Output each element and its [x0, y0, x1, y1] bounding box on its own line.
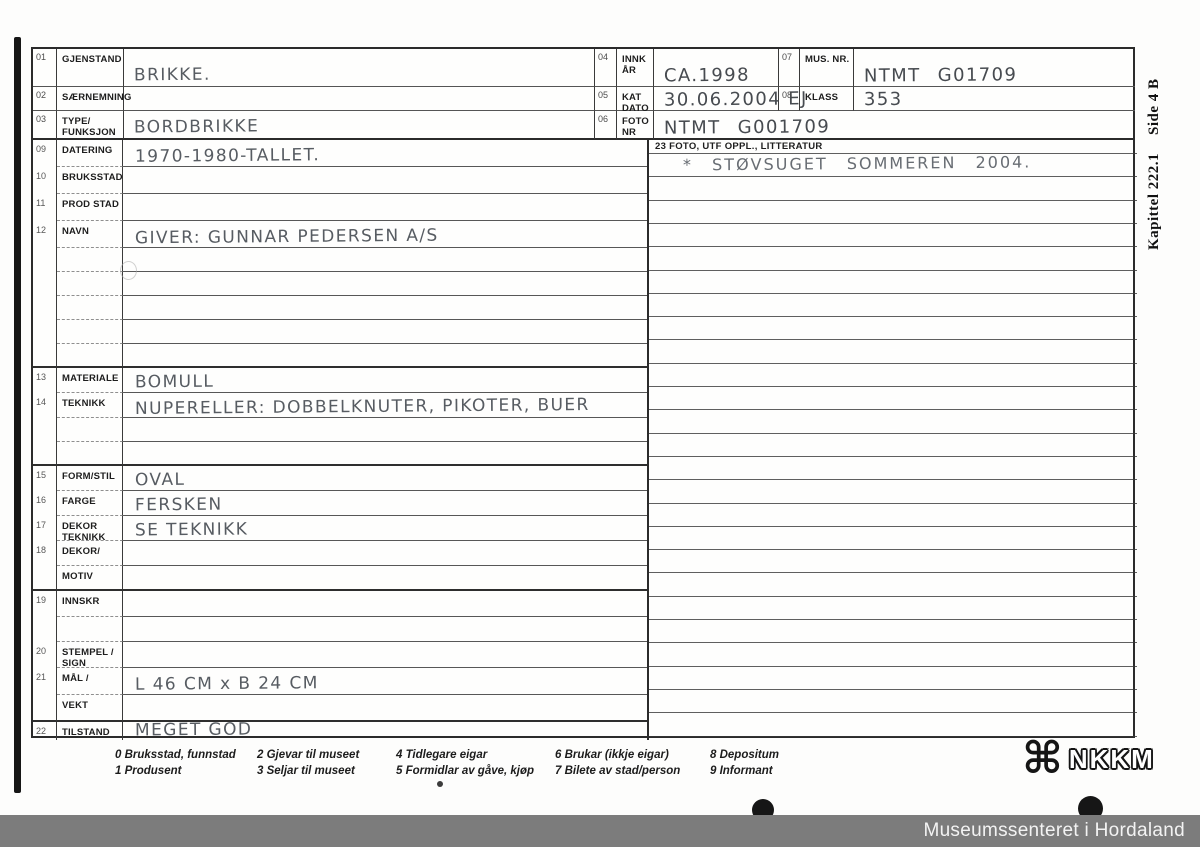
- form-row-innskr: 19INNSKR: [33, 591, 647, 617]
- legend-column: 8 Depositum9 Informant: [710, 747, 779, 779]
- handwritten-value: BRIKKE.: [134, 66, 211, 86]
- field-label: NAVN: [57, 221, 123, 248]
- legend-item: 0 Bruksstad, funnstad: [115, 747, 236, 763]
- field-number: 03: [33, 111, 57, 140]
- ruled-line: [649, 666, 1137, 667]
- form-row-blank: [33, 296, 647, 320]
- side-caption: Kapittel 222.1 Side 4 B: [1146, 40, 1163, 250]
- legend-item: 9 Informant: [710, 763, 779, 779]
- legend-item: 8 Depositum: [710, 747, 779, 763]
- scan-smudge: [120, 261, 137, 280]
- field-number: 10: [33, 167, 57, 194]
- field-label: STEMPEL / SIGN: [57, 642, 123, 668]
- field-value-innk-aar: CA.1998: [654, 49, 779, 87]
- form-row-stempel-sign: 20STEMPEL / SIGN: [33, 642, 647, 668]
- scanned-museum-registration-card: 01 GJENSTAND BRIKKE. 04 INNK ÅR CA.1998 …: [0, 0, 1200, 847]
- form-row-motiv: MOTIV: [33, 566, 647, 591]
- field-number: 16: [33, 491, 57, 516]
- legend-column: 0 Bruksstad, funnstad1 Produsent: [115, 747, 236, 779]
- form-row-vekt: VEKT: [33, 695, 647, 722]
- page-label: Side 4 B: [1146, 78, 1163, 135]
- handwritten-value: NUPERELLER: DOBBELKNUTER, PIKOTER, BUER: [135, 396, 590, 419]
- handwritten-note: * STØVSUGET SOMMEREN 2004.: [683, 152, 1031, 174]
- form-row-datering: 09DATERING1970-1980-TALLET.: [33, 140, 647, 167]
- handwritten-value: MEGET GOD: [135, 720, 253, 740]
- field-label: [57, 442, 123, 466]
- ruled-line: [649, 293, 1137, 294]
- scan-dot: [437, 781, 443, 787]
- ruled-line: [649, 339, 1137, 340]
- ruled-line: [649, 596, 1137, 597]
- field-label: [57, 418, 123, 442]
- field-number: 02: [33, 87, 57, 111]
- form-row-materiale: 13MATERIALEBOMULL: [33, 368, 647, 393]
- form-row-blank: [33, 320, 647, 344]
- field-number: 05: [595, 87, 617, 111]
- field-label-klass: KLASS: [800, 87, 854, 111]
- field-value: [123, 541, 647, 566]
- ruled-line: [649, 223, 1137, 224]
- field-number: 14: [33, 393, 57, 418]
- field-value-kat-dato: 30.06.2004 EJ: [654, 87, 779, 111]
- field-value: [123, 442, 647, 466]
- form-row-blank: [33, 442, 647, 466]
- ruled-line: [649, 479, 1137, 480]
- field-value: [123, 695, 647, 722]
- field-label: [57, 248, 123, 272]
- handwritten-value: BORDBRIKKE: [134, 117, 259, 137]
- ruled-line: [649, 689, 1137, 690]
- field-label-type-funksjon: TYPE/ FUNKSJON: [57, 111, 124, 140]
- field-number: 20: [33, 642, 57, 668]
- ruled-line: [649, 316, 1137, 317]
- field-label: MOTIV: [57, 566, 123, 591]
- ruled-line: [649, 712, 1137, 713]
- field-number: 12: [33, 221, 57, 248]
- legend-item: 7 Bilete av stad/person: [555, 763, 680, 779]
- field-value-mus-nr: NTMT G01709: [854, 49, 1135, 87]
- handwritten-value: BOMULL: [135, 373, 214, 393]
- field-value-type-funksjon: BORDBRIKKE: [124, 111, 595, 140]
- field-value: [123, 344, 647, 368]
- field-value: [123, 566, 647, 591]
- ruled-line: [649, 246, 1137, 247]
- field-label: DATERING: [57, 140, 123, 167]
- left-rows: 09DATERING1970-1980-TALLET.10BRUKSSTAD11…: [33, 140, 647, 740]
- form-row-dekor-teknikk: 17DEKOR TEKNIKKSE TEKNIKK: [33, 516, 647, 541]
- field-label: [57, 617, 123, 642]
- field-number: 21: [33, 668, 57, 695]
- form-row-blank: [33, 617, 647, 642]
- ruled-line: [649, 526, 1137, 527]
- field-number: [33, 695, 57, 722]
- field-value: [123, 591, 647, 617]
- field-value-saernemning: [124, 87, 595, 111]
- form-row-tilstand: 22TILSTANDMEGET GOD: [33, 722, 647, 740]
- ruled-line: [649, 572, 1137, 573]
- field-number: [33, 442, 57, 466]
- field-label: [57, 272, 123, 296]
- field-number: 17: [33, 516, 57, 541]
- legend-item: 3 Seljar til museet: [257, 763, 359, 779]
- handwritten-value: L 46 CM x B 24 CM: [135, 674, 319, 695]
- field-number: [33, 617, 57, 642]
- field-number: 04: [595, 49, 617, 87]
- legend-column: 4 Tidlegare eigar5 Formidlar av gåve, kj…: [396, 747, 534, 779]
- field-label: INNSKR: [57, 591, 123, 617]
- field-number: [33, 296, 57, 320]
- field-number: [33, 320, 57, 344]
- field-number: [33, 566, 57, 591]
- ruled-line: [649, 619, 1137, 620]
- field-number: 01: [33, 49, 57, 87]
- ruled-line: [649, 736, 1137, 737]
- field-value: [123, 248, 647, 272]
- handwritten-value: SE TEKNIKK: [135, 521, 248, 541]
- form-row-farge: 16FARGEFERSKEN: [33, 491, 647, 516]
- form-row-blank: [33, 344, 647, 368]
- field-label-saernemning: SÆRNEMNING: [57, 87, 124, 111]
- field-label: DEKOR/: [57, 541, 123, 566]
- field-value: NUPERELLER: DOBBELKNUTER, PIKOTER, BUER: [123, 393, 647, 418]
- field-number: 13: [33, 368, 57, 393]
- field-number: 18: [33, 541, 57, 566]
- ruled-line: [649, 270, 1137, 271]
- nkkm-knot-icon: ⌘: [1022, 739, 1063, 779]
- field-value: FERSKEN: [123, 491, 647, 516]
- handwritten-value: 353: [864, 90, 903, 109]
- notes-panel: 23 FOTO, UTF OPPL., LITTERATUR * STØVSUG…: [647, 140, 1137, 740]
- ruled-line: [649, 363, 1137, 364]
- field-value: [123, 272, 647, 296]
- notes-panel-header: 23 FOTO, UTF OPPL., LITTERATUR: [655, 141, 823, 152]
- field-label: [57, 344, 123, 368]
- handwritten-value: OVAL: [135, 471, 185, 490]
- form-row-teknikk: 14TEKNIKKNUPERELLER: DOBBELKNUTER, PIKOT…: [33, 393, 647, 418]
- form-row-blank: [33, 418, 647, 442]
- ruled-line: [649, 549, 1137, 550]
- field-label: [57, 320, 123, 344]
- field-value-klass: 353: [854, 87, 1135, 111]
- field-value-gjenstand: BRIKKE.: [124, 49, 595, 87]
- field-value-foto-nr: NTMT G001709: [654, 111, 1135, 140]
- field-number: [33, 248, 57, 272]
- legend-item: 6 Brukar (ikkje eigar): [555, 747, 680, 763]
- nkkm-logo: ⌘ NKKM: [1022, 739, 1155, 779]
- handwritten-value: 1970-1980-TALLET.: [135, 146, 320, 167]
- handwritten-value: NTMT G001709: [664, 117, 830, 137]
- field-number: 11: [33, 194, 57, 221]
- handwritten-value: NTMT G01709: [864, 65, 1017, 85]
- ruled-line: [649, 456, 1137, 457]
- field-number: 07: [779, 49, 800, 87]
- field-number: [33, 272, 57, 296]
- handwritten-value: CA.1998: [664, 66, 750, 86]
- handwritten-value: FERSKEN: [135, 496, 223, 516]
- field-label: TILSTAND: [57, 722, 123, 740]
- ruled-line: [649, 642, 1137, 643]
- ruled-line: [649, 176, 1137, 177]
- field-number: 06: [595, 111, 617, 140]
- field-number: 22: [33, 722, 57, 740]
- footer-legend: 0 Bruksstad, funnstad1 Produsent2 Gjevar…: [0, 747, 1000, 787]
- field-label: MÅL /: [57, 668, 123, 695]
- field-label-mus-nr: MUS. NR.: [800, 49, 854, 87]
- field-number: [33, 418, 57, 442]
- field-value: MEGET GOD: [123, 722, 647, 740]
- nkkm-logo-text: NKKM: [1069, 744, 1155, 775]
- scan-edge-bar: [14, 37, 21, 793]
- field-label-innk-aar: INNK ÅR: [617, 49, 654, 87]
- field-value: [123, 320, 647, 344]
- field-value: GIVER: GUNNAR PEDERSEN A/S: [123, 221, 647, 248]
- chapter-label: Kapittel 222.1: [1146, 153, 1163, 250]
- form-row-navn: 12NAVNGIVER: GUNNAR PEDERSEN A/S: [33, 221, 647, 248]
- field-value: [123, 167, 647, 194]
- field-number: 19: [33, 591, 57, 617]
- ruled-line: [649, 200, 1137, 201]
- legend-column: 6 Brukar (ikkje eigar)7 Bilete av stad/p…: [555, 747, 680, 779]
- field-value: [123, 296, 647, 320]
- field-value: OVAL: [123, 466, 647, 491]
- field-label: TEKNIKK: [57, 393, 123, 418]
- field-value: [123, 418, 647, 442]
- credit-bar: Museumssenteret i Hordaland: [0, 815, 1200, 847]
- handwritten-value: GIVER: GUNNAR PEDERSEN A/S: [135, 227, 439, 249]
- field-value: [123, 194, 647, 221]
- field-number: 08: [779, 87, 800, 111]
- field-label-gjenstand: GJENSTAND: [57, 49, 124, 87]
- legend-item: 4 Tidlegare eigar: [396, 747, 534, 763]
- legend-column: 2 Gjevar til museet3 Seljar til museet: [257, 747, 359, 779]
- credit-text: Museumssenteret i Hordaland: [923, 815, 1200, 847]
- field-label: FORM/STIL: [57, 466, 123, 491]
- field-number: [33, 344, 57, 368]
- field-value: 1970-1980-TALLET.: [123, 140, 647, 167]
- field-label-kat-dato: KAT DATO: [617, 87, 654, 111]
- legend-item: 5 Formidlar av gåve, kjøp: [396, 763, 534, 779]
- registration-form: 01 GJENSTAND BRIKKE. 04 INNK ÅR CA.1998 …: [31, 47, 1135, 738]
- form-row-prod-stad: 11PROD STAD: [33, 194, 647, 221]
- ruled-line: [649, 433, 1137, 434]
- form-row-dekor: 18DEKOR/: [33, 541, 647, 566]
- field-value: BOMULL: [123, 368, 647, 393]
- field-label: [57, 296, 123, 320]
- field-label: VEKT: [57, 695, 123, 722]
- form-row-form-stil: 15FORM/STILOVAL: [33, 466, 647, 491]
- form-row-bruksstad: 10BRUKSSTAD: [33, 167, 647, 194]
- field-value: [123, 617, 647, 642]
- field-label: MATERIALE: [57, 368, 123, 393]
- field-label: FARGE: [57, 491, 123, 516]
- field-value: [123, 642, 647, 668]
- field-value: SE TEKNIKK: [123, 516, 647, 541]
- field-label: DEKOR TEKNIKK: [57, 516, 123, 541]
- field-label: PROD STAD: [57, 194, 123, 221]
- legend-item: 2 Gjevar til museet: [257, 747, 359, 763]
- ruled-line: [649, 386, 1137, 387]
- ruled-line: [649, 503, 1137, 504]
- ruled-line: [649, 409, 1137, 410]
- field-value: L 46 CM x B 24 CM: [123, 668, 647, 695]
- field-label: BRUKSSTAD: [57, 167, 123, 194]
- form-row-mål: 21MÅL /L 46 CM x B 24 CM: [33, 668, 647, 695]
- field-number: 15: [33, 466, 57, 491]
- legend-item: 1 Produsent: [115, 763, 236, 779]
- field-number: 09: [33, 140, 57, 167]
- field-label-foto-nr: FOTO NR: [617, 111, 654, 140]
